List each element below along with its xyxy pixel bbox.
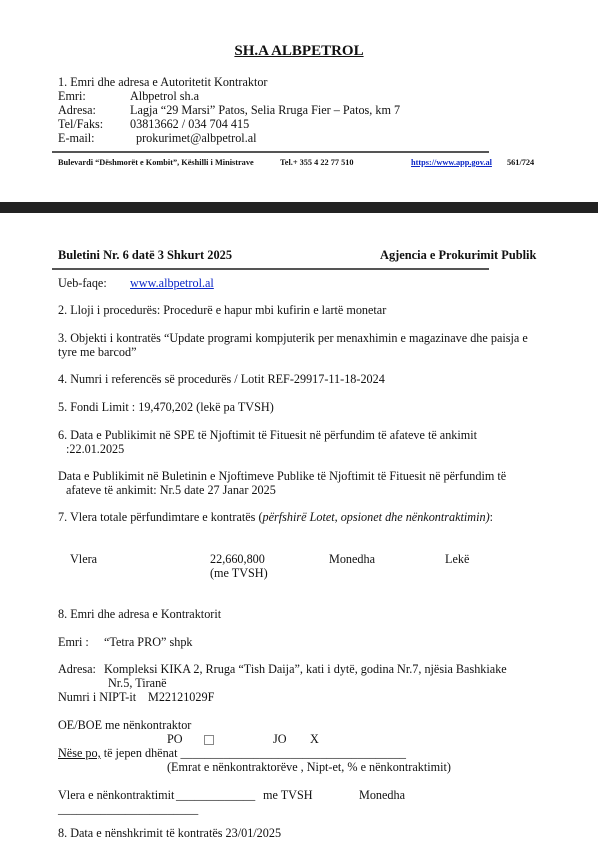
item-7-suffix: : — [490, 510, 493, 524]
footer-url-link[interactable]: https://www.app.gov.al — [411, 156, 492, 170]
header-divider — [52, 268, 489, 270]
currency-label: Monedha — [329, 552, 375, 566]
if-yes-underlined: Nëse po, — [58, 746, 101, 760]
bulletin-publication-line2: afateve të ankimit: Nr.5 date 27 Janar 2… — [66, 483, 276, 497]
authority-name-label: Emri: — [58, 89, 86, 103]
authority-email-value: prokurimet@albpetrol.al — [136, 131, 257, 145]
footer-address: Bulevardi “Dëshmorët e Kombit”, Këshilli… — [58, 156, 254, 170]
nipt-value: M22121029F — [148, 690, 214, 704]
item-8-contractor-heading: 8. Emri dhe adresa e Kontraktorit — [58, 607, 221, 621]
item-3-contract-object-line1: 3. Objekti i kontratës “Update programi … — [58, 331, 528, 345]
checkbox-empty-icon — [204, 735, 214, 745]
item-4-reference-number: 4. Numri i referencës së procedurës / Lo… — [58, 372, 385, 386]
contractor-address-line2: Nr.5, Tiranë — [108, 676, 167, 690]
contractor-address-label: Adresa: — [58, 662, 96, 676]
item-7-total-value: 7. Vlera totale përfundimtare e kontratë… — [58, 510, 493, 524]
authority-address-label: Adresa: — [58, 103, 96, 117]
item-6-publication-line1: 6. Data e Publikimit në SPE të Njoftimit… — [58, 428, 477, 442]
footer-page-number: 561/724 — [507, 156, 534, 170]
footer-tel: Tel.+ 355 4 22 77 510 — [280, 156, 354, 170]
subcontract-currency-blank[interactable]: _______________________ — [58, 802, 198, 816]
po-label: PO — [167, 732, 183, 746]
authority-email-label: E-mail: — [58, 131, 95, 145]
subcontract-value-blank[interactable]: _____________ — [176, 788, 255, 802]
value-amount-note: (me TVSH) — [210, 566, 268, 580]
footer-divider — [52, 151, 489, 153]
if-yes-blank[interactable]: _____________________________________ — [181, 746, 406, 760]
item-3-contract-object-line2: tyre me barcod” — [58, 345, 137, 359]
subcontract-value-label: Vlera e nënkontraktimit — [58, 788, 174, 802]
if-yes-hint: (Emrat e nënkontraktorëve , Nipt-et, % e… — [167, 760, 451, 774]
item-7-italic: përfshirë Lotet, opsionet dhe nënkontrak… — [263, 510, 490, 524]
value-amount: 22,660,800 — [210, 552, 265, 566]
authority-address-value: Lagja “29 Marsi” Patos, Selia Rruga Fier… — [130, 103, 400, 117]
bulletin-publication-line1: Data e Publikimit në Buletinin e Njoftim… — [58, 469, 506, 483]
subcontract-vat-label: me TVSH — [263, 788, 313, 802]
bulletin-header-left: Buletini Nr. 6 datë 3 Shkurt 2025 — [58, 248, 232, 262]
if-yes-text: të jepen dhënat — [101, 746, 178, 760]
item-6-publication-line2: :22.01.2025 — [66, 442, 124, 456]
contractor-name: “Tetra PRO” shpk — [104, 635, 193, 649]
nipt-label: Numri i NIPT-it — [58, 690, 136, 704]
value-label: Vlera — [70, 552, 97, 566]
po-checkbox[interactable] — [204, 732, 214, 746]
item-5-fund-limit: 5. Fondi Limit : 19,470,202 (lekë pa TVS… — [58, 400, 274, 414]
page-title: SH.A ALBPETROL — [0, 44, 598, 58]
currency-value: Lekë — [445, 552, 469, 566]
section-1-heading: 1. Emri dhe adresa e Autoritetit Kontrak… — [58, 75, 268, 89]
authority-tel-value: 03813662 / 034 704 415 — [130, 117, 249, 131]
subcontractor-label: OE/BOE me nënkontraktor — [58, 718, 191, 732]
authority-name-value: Albpetrol sh.a — [130, 89, 199, 103]
subcontract-currency-label: Monedha — [359, 788, 405, 802]
web-label: Ueb-faqe: — [58, 276, 107, 290]
item-2-procedure-type: 2. Lloji i procedurës: Procedurë e hapur… — [58, 303, 386, 317]
page-break-separator — [0, 202, 598, 213]
contractor-name-label: Emri : — [58, 635, 89, 649]
web-link[interactable]: www.albpetrol.al — [130, 276, 214, 290]
if-yes-line: Nëse po, të jepen dhënat _______________… — [58, 746, 406, 760]
authority-tel-label: Tel/Faks: — [58, 117, 103, 131]
jo-mark: X — [310, 732, 319, 746]
jo-label: JO — [273, 732, 287, 746]
item-7-prefix: 7. Vlera totale përfundimtare e kontratë… — [58, 510, 263, 524]
contractor-address-line1: Kompleksi KIKA 2, Rruga “Tish Daija”, ka… — [104, 662, 507, 676]
item-8-signing-date: 8. Data e nënshkrimit të kontratës 23/01… — [58, 826, 281, 840]
bulletin-header-right: Agjencia e Prokurimit Publik — [380, 248, 536, 262]
